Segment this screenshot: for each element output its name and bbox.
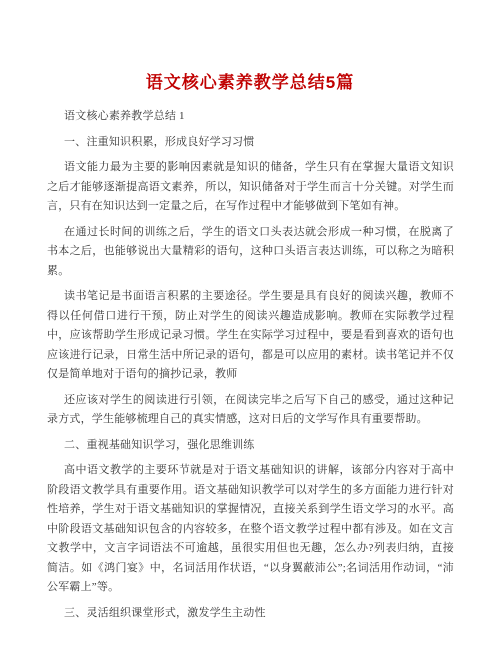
paragraph-reading-notes-1: 读书笔记是书面语言积累的主要途径。学生要是具有良好的阅读兴趣，教师不得以任何借口… [47, 287, 454, 385]
section-heading-3: 三、灵活组织课堂形式，激发学生主动性 [47, 604, 454, 624]
paragraph-basic-knowledge: 高中语文教学的主要环节就是对于语文基础知识的讲解，该部分内容对于高中阶段语文教学… [47, 461, 454, 598]
paragraph-knowledge-accumulation-2: 在通过长时间的训练之后，学生的语文口头表达就会形成一种习惯，在脱离了书本之后，也… [47, 223, 454, 282]
document-body: 语文核心素养教学总结 1 一、注重知识积累，形成良好学习习惯 语文能力最为主要的… [47, 107, 454, 623]
document-title: 语文核心素养教学总结5篇 [0, 0, 500, 94]
document-page: 语文核心素养教学总结5篇 语文核心素养教学总结 1 一、注重知识积累，形成良好学… [0, 0, 500, 647]
paragraph-knowledge-accumulation-1: 语文能力最为主要的影响因素就是知识的储备，学生只有在掌握大量语文知识之后才能够逐… [47, 158, 454, 217]
paragraph-reading-notes-2: 还应该对学生的阅读进行引领，在阅读完毕之后写下自己的感受，通过这种记录方式，学生… [47, 391, 454, 430]
section-heading-1: 一、注重知识积累，形成良好学习习惯 [47, 133, 454, 153]
section-heading-2: 二、重视基础知识学习，强化思维训练 [47, 436, 454, 456]
doc-subtitle: 语文核心素养教学总结 1 [47, 107, 454, 127]
